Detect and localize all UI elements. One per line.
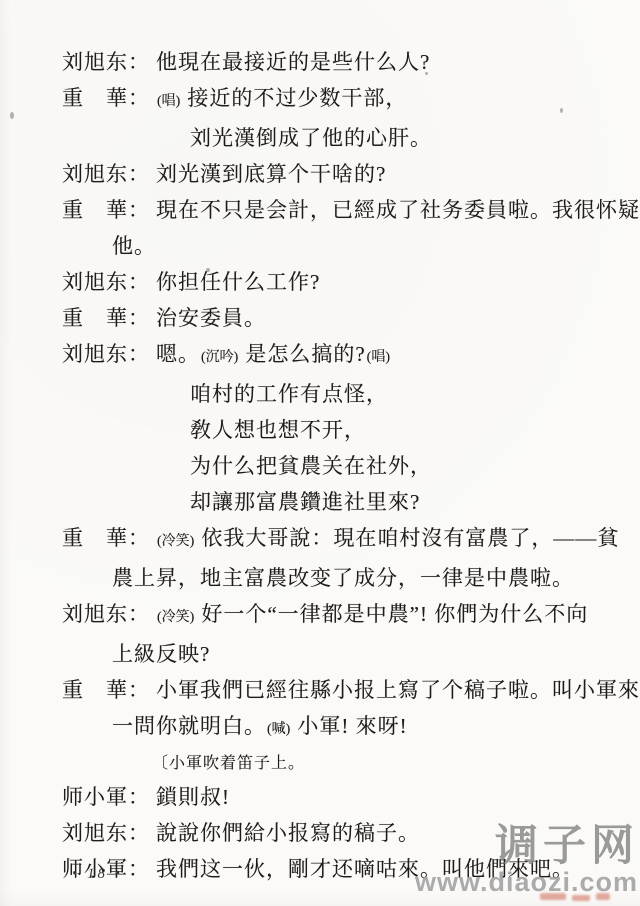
script-line: 敎人想也想不开，: [62, 412, 634, 448]
script-line: 刘旭东：你担任什么工作?: [62, 264, 634, 300]
script-line: 刘旭东：嗯。(沉吟)是怎么搞的?(唱): [62, 336, 634, 376]
speaker-name: 刘旭东：: [62, 815, 156, 851]
line-text: 咱村的工作有点怪，: [190, 382, 388, 406]
text-segment: 接近的不过少数干部，: [187, 86, 407, 110]
text-segment: 現在不只是会計，已經成了社务委員啦。我很怀疑: [156, 198, 640, 222]
text-segment: 依我大哥說：現在咱村沒有富農了，——貧: [201, 526, 619, 550]
text-segment: 嗯。: [156, 342, 200, 366]
text-segment: 咱村的工作有点怪，: [190, 382, 388, 406]
line-text: 上級反映?: [112, 642, 210, 666]
script-line: 重 華：現在不只是会計，已經成了社务委員啦。我很怀疑: [62, 192, 634, 228]
line-text: 他。: [112, 234, 156, 258]
stage-annotation: (唱): [367, 350, 390, 365]
text-segment: 農上昇，地主富農改变了成分，一律是中農啦。: [112, 566, 574, 590]
text-segment: 是怎么搞的?: [245, 342, 365, 366]
line-text: 現在不只是会計，已經成了社务委員啦。我很怀疑: [156, 192, 640, 228]
line-text: 農上昇，地主富農改变了成分，一律是中農啦。: [112, 566, 574, 590]
speaker-name: 刘旭东：: [62, 44, 156, 80]
text-segment: 他。: [112, 234, 156, 258]
text-segment: 他現在最接近的是些什么人?: [156, 50, 430, 74]
line-text: 却讓那富農鑽進社里來?: [190, 490, 420, 514]
script-line: 却讓那富農鑽進社里來?: [62, 484, 634, 520]
speaker-name: 师小軍：: [62, 779, 156, 815]
script-line: 重 華：治安委員。: [62, 300, 634, 336]
line-text: 刘光漢倒成了他的心肝。: [190, 126, 432, 150]
script-line: 農上昇，地主富農改变了成分，一律是中農啦。: [62, 560, 634, 596]
speaker-name: 重 華：: [62, 192, 156, 228]
text-segment: 却讓那富農鑽進社里來?: [190, 490, 420, 514]
line-text: 說說你們給小报寫的稿子。: [156, 815, 420, 851]
script-line: 他。: [62, 228, 634, 264]
stage-annotation: (喊): [267, 722, 290, 737]
line-text: (唱)接近的不过少数干部，: [156, 80, 407, 120]
text-segment: 鎖則叔!: [156, 785, 230, 809]
script-text: 刘旭东：他現在最接近的是些什么人?重 華：(唱)接近的不过少数干部，刘光漢倒成了…: [62, 44, 634, 887]
line-text: 他現在最接近的是些什么人?: [156, 44, 430, 80]
speaker-name: 重 華：: [62, 80, 156, 116]
script-line: 师小軍：鎖則叔!: [62, 779, 634, 815]
scan-artifact: [10, 112, 14, 119]
stage-direction-line: 〔小軍吹着笛子上。: [62, 748, 634, 779]
speaker-name: 重 華：: [62, 672, 156, 708]
line-text: 小軍我們已經往縣小报上寫了个稿子啦。叫小軍來，: [156, 672, 640, 708]
script-line: 刘旭东：刘光漢到底算个干啥的?: [62, 156, 634, 192]
stage-annotation: (沉吟): [201, 350, 238, 365]
line-text: 为什么把貧農关在社外，: [190, 454, 432, 478]
stage-annotation: (唱): [157, 94, 180, 109]
text-segment: 刘光漢到底算个干啥的?: [156, 162, 386, 186]
line-text: 一問你就明白。(喊)小軍! 來呀!: [112, 714, 408, 738]
stage-annotation: (冷笑): [157, 534, 194, 549]
text-segment: 治安委員。: [156, 306, 266, 330]
stage-annotation: (冷笑): [157, 610, 194, 625]
line-text: 刘光漢到底算个干啥的?: [156, 156, 386, 192]
text-segment: 你担任什么工作?: [156, 270, 320, 294]
speaker-name: 刘旭东：: [62, 156, 156, 192]
watermark-red-fragment: [596, 893, 610, 900]
script-line: 刘旭东：他現在最接近的是些什么人?: [62, 44, 634, 80]
scan-artifact: [425, 72, 428, 75]
script-line: 为什么把貧農关在社外，: [62, 448, 634, 484]
page-number: • 18 •: [72, 866, 123, 883]
watermark-red-fragment: [540, 893, 566, 900]
text-segment: 我們这一伙，剛才还嘀咕來。叫他們來吧。: [156, 857, 574, 881]
line-text: 治安委員。: [156, 300, 266, 336]
script-line: 刘光漢倒成了他的心肝。: [62, 120, 634, 156]
line-text: 鎖則叔!: [156, 779, 230, 815]
script-line: 重 華：(唱)接近的不过少数干部，: [62, 80, 634, 120]
speaker-name: 重 華：: [62, 520, 156, 556]
line-text: 〔小軍吹着笛子上。: [152, 755, 305, 772]
scan-artifact: [560, 108, 563, 113]
speaker-name: 重 華：: [62, 300, 156, 336]
script-line: 师小軍：我們这一伙，剛才还嘀咕來。叫他們來吧。: [62, 851, 634, 887]
text-segment: 刘光漢倒成了他的心肝。: [190, 126, 432, 150]
text-segment: 小軍我們已經往縣小报上寫了个稿子啦。叫小軍來，: [156, 678, 640, 702]
script-line: 一問你就明白。(喊)小軍! 來呀!: [62, 708, 634, 748]
speaker-name: 刘旭东：: [62, 264, 156, 300]
script-line: 重 華：(冷笑)依我大哥說：現在咱村沒有富農了，——貧: [62, 520, 634, 560]
script-line: 刘旭东：說說你們給小报寫的稿子。: [62, 815, 634, 851]
line-text: 你担任什么工作?: [156, 264, 320, 300]
line-text: 嗯。(沉吟)是怎么搞的?(唱): [156, 336, 397, 376]
script-line: 刘旭东：(冷笑)好一个“一律都是中農”! 你們为什么不向: [62, 596, 634, 636]
scan-artifact: [206, 268, 210, 272]
script-line: 重 華：小軍我們已經往縣小报上寫了个稿子啦。叫小軍來，: [62, 672, 634, 708]
script-line: 咱村的工作有点怪，: [62, 376, 634, 412]
text-segment: 敎人想也想不开，: [190, 418, 366, 442]
text-segment: 好一个“一律都是中農”! 你們为什么不向: [201, 602, 588, 626]
text-segment: 小軍! 來呀!: [297, 714, 407, 738]
text-segment: 〔小軍吹着笛子上。: [152, 755, 305, 772]
text-segment: 一問你就明白。: [112, 714, 266, 738]
line-text: 我們这一伙，剛才还嘀咕來。叫他們來吧。: [156, 851, 574, 887]
speaker-name: 刘旭东：: [62, 596, 156, 632]
script-line: 上級反映?: [62, 636, 634, 672]
speaker-name: 刘旭东：: [62, 336, 156, 372]
scanned-script-page: 刘旭东：他現在最接近的是些什么人?重 華：(唱)接近的不过少数干部，刘光漢倒成了…: [0, 0, 640, 906]
watermark-red-fragment: [572, 895, 590, 901]
text-segment: 为什么把貧農关在社外，: [190, 454, 432, 478]
line-text: (冷笑)依我大哥說：現在咱村沒有富農了，——貧: [156, 520, 619, 560]
line-text: (冷笑)好一个“一律都是中農”! 你們为什么不向: [156, 596, 588, 636]
text-segment: 上級反映?: [112, 642, 210, 666]
text-segment: 說說你們給小报寫的稿子。: [156, 821, 420, 845]
line-text: 敎人想也想不开，: [190, 418, 366, 442]
